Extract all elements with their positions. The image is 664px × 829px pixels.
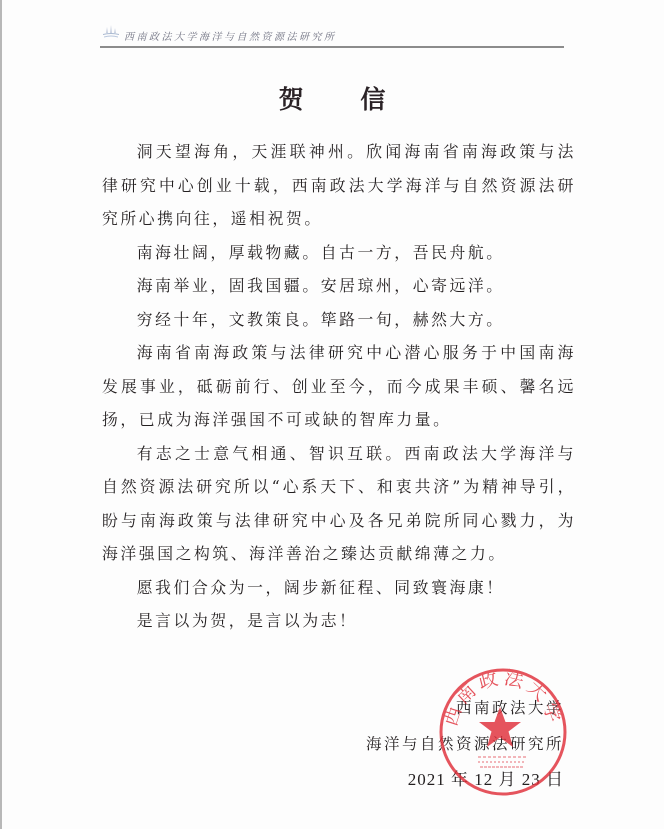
paragraph-wish: 愿我们合众为一，阔步新征程、同致寰海康！ <box>102 571 576 605</box>
signature-institute: 海洋与自然资源法研究所 <box>366 726 564 762</box>
paragraph-verse-3: 穷经十年，文教策良。筚路一旬，赫然大方。 <box>102 303 576 337</box>
signature-block: 西南政法大学 海洋与自然资源法研究所 2021 年 12 月 23 日 <box>366 690 564 798</box>
letter-body: 洞天望海角，天涯联神州。欣闻海南省南海政策与法律研究中心创业十载，西南政法大学海… <box>102 135 576 638</box>
letterhead: 西南政法大学海洋与自然资源法研究所 <box>100 22 564 48</box>
paragraph-opening: 洞天望海角，天涯联神州。欣闻海南省南海政策与法律研究中心创业十载，西南政法大学海… <box>102 135 576 236</box>
paragraph-verse-1: 南海壮阔，厚载物藏。自古一方，吾民舟航。 <box>102 236 576 270</box>
page-edge-border <box>0 0 2 829</box>
document-title: 贺 信 <box>0 80 664 116</box>
signature-date: 2021 年 12 月 23 日 <box>366 762 564 798</box>
institute-logo-icon <box>102 24 120 40</box>
paragraph-verse-2: 海南举业，固我国疆。安居琼州，心寄远洋。 <box>102 269 576 303</box>
paragraph-cooperation: 有志之士意气相通、智识互联。西南政法大学海洋与自然资源法研究所以“心系天下、和衷… <box>102 437 576 571</box>
letterhead-text: 西南政法大学海洋与自然资源法研究所 <box>124 28 337 43</box>
paragraph-closing: 是言以为贺，是言以为志！ <box>102 604 576 638</box>
paragraph-achievement: 海南省南海政策与法律研究中心潜心服务于中国南海发展事业，砥砺前行、创业至今，而今… <box>102 336 576 437</box>
letterhead-divider <box>100 46 564 48</box>
signature-university: 西南政法大学 <box>366 690 564 726</box>
